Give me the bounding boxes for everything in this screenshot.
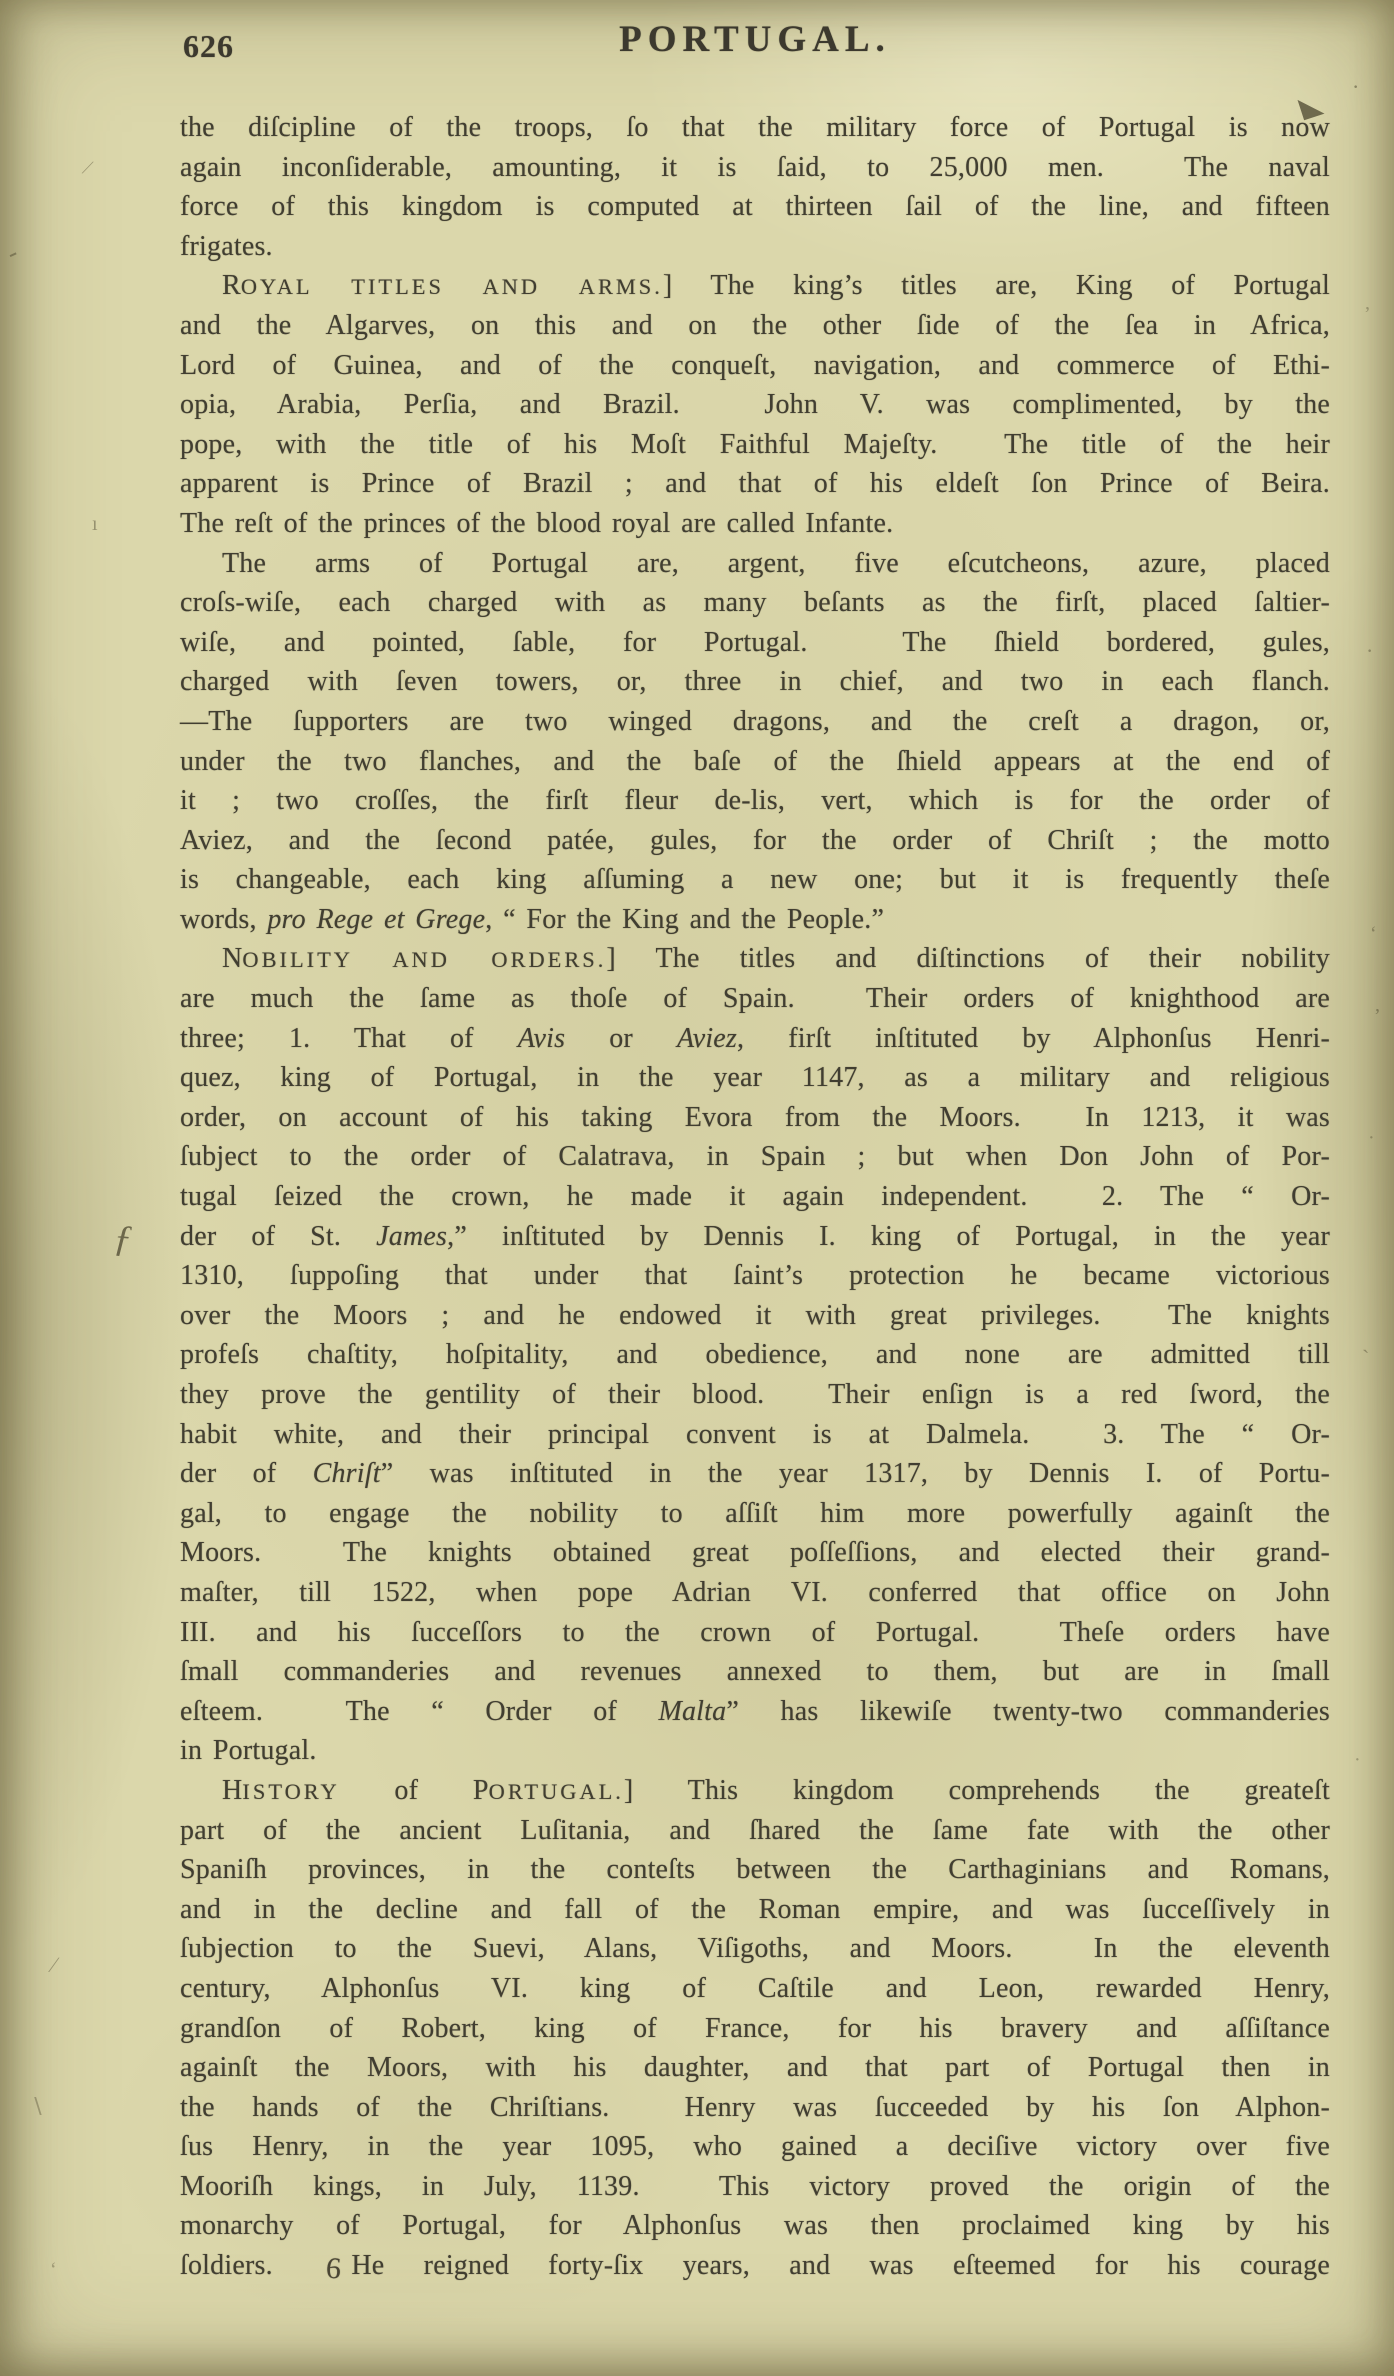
- text-line: againſt the Moors, with his daughter, an…: [180, 2048, 1330, 2088]
- text-line: ſubject to the order of Calatrava, in Sp…: [180, 1137, 1330, 1177]
- small-caps-text: ORTUGAL.: [489, 1779, 624, 1804]
- body-text-segment: ] The king’s titles are, King of Portuga…: [663, 270, 1330, 301]
- text-line: they prove the gentility of their blood.…: [180, 1375, 1330, 1415]
- ink-speck: ı: [92, 514, 98, 534]
- ink-speck: ·: [1354, 1750, 1361, 1770]
- text-line: monarchy of Portugal, for Alphonſus was …: [180, 2206, 1330, 2246]
- italic-text: Avis: [518, 1023, 565, 1054]
- text-line: Aviez, and the ſecond patée, gules, for …: [180, 821, 1330, 861]
- ink-speck: ·: [1366, 640, 1373, 662]
- body-text-segment: P: [473, 1775, 489, 1806]
- text-line: The reſt of the princes of the blood roy…: [180, 504, 1330, 544]
- book-page-scan: 626 PORTUGAL. the diſcipline of the troo…: [0, 0, 1394, 2376]
- body-text-segment: they prove the gentility of their blood.…: [180, 1379, 1330, 1410]
- body-text-segment: habit white, and their principal convent…: [180, 1419, 1330, 1450]
- body-text-segment: ſubjection to the Suevi, Alans, Viſigoth…: [180, 1933, 1330, 1964]
- body-text-segment: profeſs chaſtity, hoſpitality, and obedi…: [180, 1339, 1330, 1370]
- body-text-segment: Aviez, and the ſecond patée, gules, for …: [180, 825, 1330, 856]
- body-text-segment: N: [222, 943, 242, 974]
- body-text-segment: ,” inſtituted by Dennis I. king of Portu…: [447, 1221, 1330, 1252]
- body-text-segment: ] This kingdom comprehends the greateſt: [624, 1775, 1330, 1806]
- body-text-segment: again inconſiderable, amounting, it is ſ…: [180, 152, 1330, 183]
- text-line: and the Algarves, on this and on the oth…: [180, 306, 1330, 346]
- text-line: tugal ſeized the crown, he made it again…: [180, 1177, 1330, 1217]
- body-text-segment: wiſe, and pointed, ſable, for Portugal. …: [180, 627, 1330, 658]
- body-text-segment: force of this kingdom is computed at thi…: [180, 191, 1330, 222]
- small-caps-text: OBILITY AND ORDERS.: [242, 947, 606, 972]
- text-line: —The ſupporters are two winged dragons, …: [180, 702, 1330, 742]
- body-text-segment: is changeable, each king aſſuming a new …: [180, 864, 1330, 895]
- body-text-segment: the diſcipline of the troops, ſo that th…: [180, 112, 1330, 143]
- text-line: Lord of Guinea, and of the conqueſt, nav…: [180, 346, 1330, 386]
- body-text-segment: it ; two croſſes, the firſt fleur de-lis…: [180, 785, 1330, 816]
- text-line: century, Alphonſus VI. king of Caſtile a…: [180, 1969, 1330, 2009]
- ink-speck: ∕: [52, 1954, 56, 1976]
- text-line: ſmall commanderies and revenues annexed …: [180, 1652, 1330, 1692]
- body-text-segment: frigates.: [180, 231, 273, 262]
- text-line: quez, king of Portugal, in the year 1147…: [180, 1058, 1330, 1098]
- text-line: der of Chriſt” was inſtituted in the yea…: [180, 1454, 1330, 1494]
- body-text-segment: Mooriſh kings, in July, 1139. This victo…: [180, 2171, 1330, 2202]
- body-text-segment: Lord of Guinea, and of the conqueſt, nav…: [180, 350, 1330, 381]
- body-text-segment: apparent is Prince of Brazil ; and that …: [180, 468, 1330, 499]
- italic-text: Malta: [658, 1696, 726, 1727]
- body-text-segment: words,: [180, 904, 267, 935]
- body-text-segment: three; 1. That of: [180, 1023, 518, 1054]
- body-text-segment: , “ For the King and the People.”: [485, 904, 884, 935]
- body-text-segment: pope, with the title of his Moſt Faithfu…: [180, 429, 1330, 460]
- body-text-segment: The reſt of the princes of the blood roy…: [180, 508, 893, 539]
- body-text-segment: grandſon of Robert, king of France, for …: [180, 2013, 1330, 2044]
- text-line: wiſe, and pointed, ſable, for Portugal. …: [180, 623, 1330, 663]
- running-head: 626 PORTUGAL.: [0, 0, 1394, 90]
- body-text-segment: ” has likewiſe twenty-two commanderies: [726, 1696, 1330, 1727]
- text-line: ſubjection to the Suevi, Alans, Viſigoth…: [180, 1929, 1330, 1969]
- text-line: Spaniſh provinces, in the conteſts betwe…: [180, 1850, 1330, 1890]
- ink-speck: ·: [1368, 1128, 1375, 1148]
- text-line: words, pro Rege et Grege, “ For the King…: [180, 900, 1330, 940]
- text-line: HISTORY of PORTUGAL.] This kingdom compr…: [180, 1771, 1330, 1811]
- ink-speck: -: [3, 239, 22, 266]
- body-text-segment: R: [222, 270, 241, 301]
- body-text-segment: The arms of Portugal are, argent, five e…: [222, 548, 1330, 579]
- body-text-segment: eſteem. The “ Order of: [180, 1696, 658, 1727]
- body-text-segment: of: [340, 1775, 473, 1806]
- italic-text: pro Rege et Grege: [267, 904, 485, 935]
- text-line: force of this kingdom is computed at thi…: [180, 187, 1330, 227]
- body-text-segment: der of St.: [180, 1221, 376, 1252]
- body-text-segment: ] The titles and diſtinctions of their n…: [606, 943, 1330, 974]
- body-text-segment: under the two flanches, and the baſe of …: [180, 746, 1330, 777]
- body-text-segment: and the Algarves, on this and on the oth…: [180, 310, 1330, 341]
- ink-speck: ʻ: [50, 2260, 57, 2280]
- body-text-segment: III. and his ſucceſſors to the crown of …: [180, 1617, 1330, 1648]
- body-text-segment: quez, king of Portugal, in the year 1147…: [180, 1062, 1330, 1093]
- text-line: ſoldiers. He reigned forty-ſix years, an…: [180, 2246, 1330, 2286]
- text-line: ſus Henry, in the year 1095, who gained …: [180, 2127, 1330, 2167]
- body-text-segment: or: [565, 1023, 677, 1054]
- small-caps-text: OYAL TITLES AND ARMS.: [241, 274, 663, 299]
- body-text-segment: monarchy of Portugal, for Alphonſus was …: [180, 2210, 1330, 2241]
- text-line: profeſs chaſtity, hoſpitality, and obedi…: [180, 1335, 1330, 1375]
- body-text-segment: gal, to engage the nobility to aſſiſt hi…: [180, 1498, 1330, 1529]
- ink-speck: ʻ: [1370, 924, 1377, 944]
- ink-speck: ƒ: [112, 1219, 135, 1259]
- body-text-segment: over the Moors ; and he endowed it with …: [180, 1300, 1330, 1331]
- body-text-segment: ſmall commanderies and revenues annexed …: [180, 1656, 1330, 1687]
- ink-speck: ’: [1364, 304, 1371, 324]
- body-text-segment: ” was inſtituted in the year 1317, by De…: [381, 1458, 1330, 1489]
- italic-text: Chriſt: [313, 1458, 381, 1489]
- text-line: frigates.: [180, 227, 1330, 267]
- body-text-segment: maſter, till 1522, when pope Adrian VI. …: [180, 1577, 1330, 1608]
- body-text-segment: are much the ſame as thoſe of Spain. The…: [180, 983, 1330, 1014]
- body-text-segment: ſus Henry, in the year 1095, who gained …: [180, 2131, 1330, 2162]
- text-line: again inconſiderable, amounting, it is ſ…: [180, 148, 1330, 188]
- text-line: grandſon of Robert, king of France, for …: [180, 2009, 1330, 2049]
- text-line: 1310, ſuppoſing that under that ſaint’s …: [180, 1256, 1330, 1296]
- body-text-segment: Moors. The knights obtained great poſſeſ…: [180, 1537, 1330, 1568]
- press-figure-mark: 6: [325, 2252, 342, 2287]
- body-text-segment: and in the decline and fall of the Roman…: [180, 1894, 1330, 1925]
- body-text: the diſcipline of the troops, ſo that th…: [180, 108, 1330, 2286]
- body-text-segment: Spaniſh provinces, in the conteſts betwe…: [180, 1854, 1330, 1885]
- text-line: pope, with the title of his Moſt Faithfu…: [180, 425, 1330, 465]
- text-line: NOBILITY AND ORDERS.] The titles and diſ…: [180, 939, 1330, 979]
- ink-speck: ∕: [85, 158, 91, 178]
- text-line: over the Moors ; and he endowed it with …: [180, 1296, 1330, 1336]
- text-line: is changeable, each king aſſuming a new …: [180, 860, 1330, 900]
- text-line: maſter, till 1522, when pope Adrian VI. …: [180, 1573, 1330, 1613]
- text-line: charged with ſeven towers, or, three in …: [180, 662, 1330, 702]
- text-line: under the two flanches, and the baſe of …: [180, 742, 1330, 782]
- text-line: in Portugal.: [180, 1731, 1330, 1771]
- italic-text: James: [376, 1221, 447, 1252]
- text-line: it ; two croſſes, the firſt fleur de-lis…: [180, 781, 1330, 821]
- body-text-segment: ſubject to the order of Calatrava, in Sp…: [180, 1141, 1330, 1172]
- text-line: are much the ſame as thoſe of Spain. The…: [180, 979, 1330, 1019]
- running-title: PORTUGAL.: [180, 18, 1330, 61]
- body-text-segment: againſt the Moors, with his daughter, an…: [180, 2052, 1330, 2083]
- text-line: the hands of the Chriſtians. Henry was ſ…: [180, 2088, 1330, 2128]
- text-line: croſs-wiſe, each charged with as many be…: [180, 583, 1330, 623]
- body-text-segment: der of: [180, 1458, 313, 1489]
- body-text-segment: part of the ancient Luſitania, and ſhare…: [180, 1815, 1330, 1846]
- body-text-segment: in Portugal.: [180, 1735, 317, 1766]
- text-line: and in the decline and fall of the Roman…: [180, 1890, 1330, 1930]
- body-text-segment: 1310, ſuppoſing that under that ſaint’s …: [180, 1260, 1330, 1291]
- ink-speck: ˏ: [1362, 1330, 1369, 1352]
- body-text-segment: century, Alphonſus VI. king of Caſtile a…: [180, 1973, 1330, 2004]
- text-line: Mooriſh kings, in July, 1139. This victo…: [180, 2167, 1330, 2207]
- body-text-segment: —The ſupporters are two winged dragons, …: [180, 706, 1330, 737]
- text-line: three; 1. That of Avis or Aviez, firſt i…: [180, 1019, 1330, 1059]
- body-text-segment: opia, Arabia, Perſia, and Brazil. John V…: [180, 389, 1330, 420]
- text-line: Moors. The knights obtained great poſſeſ…: [180, 1533, 1330, 1573]
- text-line: habit white, and their principal convent…: [180, 1415, 1330, 1455]
- body-text-segment: order, on account of his taking Evora fr…: [180, 1102, 1330, 1133]
- text-line: The arms of Portugal are, argent, five e…: [180, 544, 1330, 584]
- text-line: apparent is Prince of Brazil ; and that …: [180, 464, 1330, 504]
- italic-text: Aviez: [677, 1023, 737, 1054]
- body-text-segment: charged with ſeven towers, or, three in …: [180, 666, 1330, 697]
- ink-speck: ’: [1374, 1006, 1381, 1026]
- text-line: ROYAL TITLES AND ARMS.] The king’s title…: [180, 266, 1330, 306]
- body-text-segment: ſoldiers. He reigned forty-ſix years, an…: [180, 2250, 1330, 2281]
- body-text-segment: H: [222, 1775, 242, 1806]
- text-line: III. and his ſucceſſors to the crown of …: [180, 1613, 1330, 1653]
- text-line: der of St. James,” inſtituted by Dennis …: [180, 1217, 1330, 1257]
- text-line: the diſcipline of the troops, ſo that th…: [180, 108, 1330, 148]
- body-text-segment: croſs-wiſe, each charged with as many be…: [180, 587, 1330, 618]
- body-text-segment: tugal ſeized the crown, he made it again…: [180, 1181, 1330, 1212]
- text-line: order, on account of his taking Evora fr…: [180, 1098, 1330, 1138]
- small-caps-text: ISTORY: [242, 1779, 339, 1804]
- text-line: eſteem. The “ Order of Malta” has likewi…: [180, 1692, 1330, 1732]
- text-line: opia, Arabia, Perſia, and Brazil. John V…: [180, 385, 1330, 425]
- ink-speck: ∖: [30, 2096, 44, 2118]
- text-line: part of the ancient Luſitania, and ſhare…: [180, 1811, 1330, 1851]
- text-line: gal, to engage the nobility to aſſiſt hi…: [180, 1494, 1330, 1534]
- body-text-segment: the hands of the Chriſtians. Henry was ſ…: [180, 2092, 1330, 2123]
- body-text-segment: , firſt inſtituted by Alphonſus Henri-: [737, 1023, 1330, 1054]
